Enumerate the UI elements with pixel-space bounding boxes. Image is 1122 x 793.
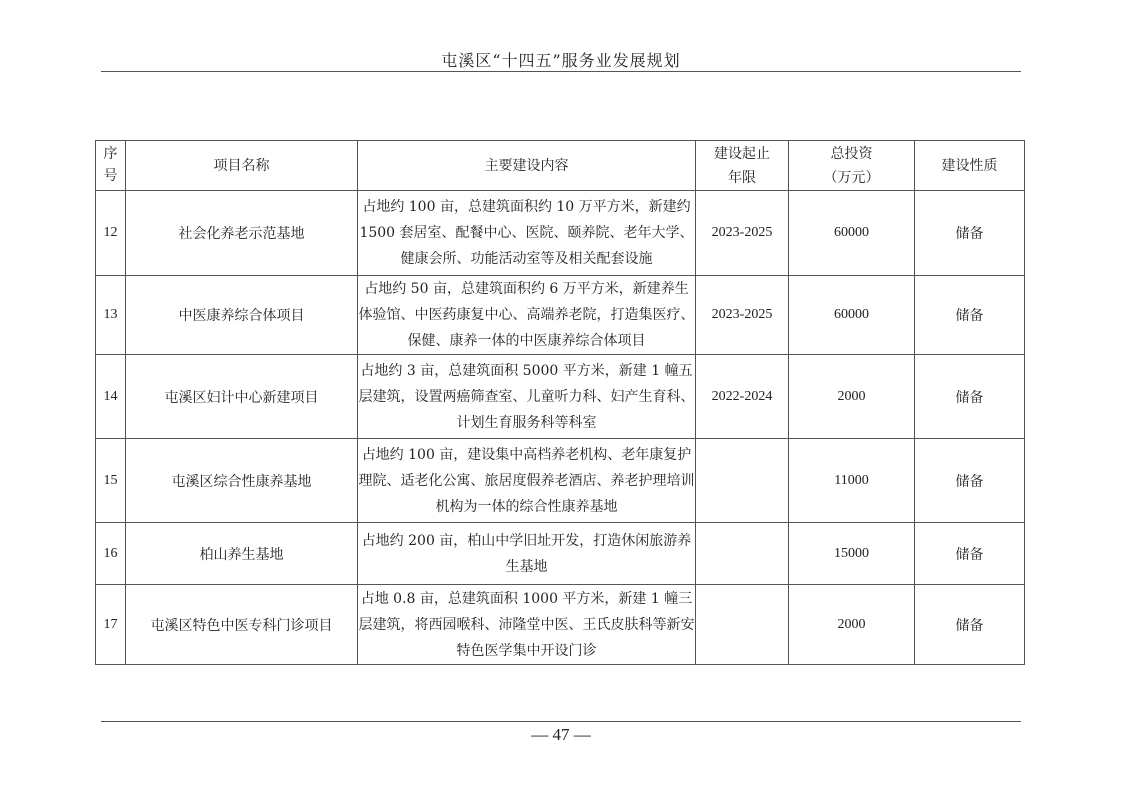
column-header-nature: 建设性质 [915,141,1025,191]
cell-period: 2023-2025 [696,191,789,276]
cell-nature: 储备 [915,191,1025,276]
cell-nature: 储备 [915,276,1025,355]
cell-content: 占地约 200 亩，柏山中学旧址开发，打造休闲旅游养生基地 [358,523,696,585]
cell-seq: 16 [96,523,126,585]
cell-content: 占地约 50 亩，总建筑面积约 6 万平方米，新建养生体验馆、中医药康复中心、高… [358,276,696,355]
cell-nature: 储备 [915,585,1025,665]
cell-period [696,439,789,523]
cell-nature: 储备 [915,523,1025,585]
column-header-name: 项目名称 [126,141,358,191]
table-row: 12 社会化养老示范基地 占地约 100 亩，总建筑面积约 10 万平方米，新建… [96,191,1025,276]
column-header-content: 主要建设内容 [358,141,696,191]
column-header-period-line1: 建设起止 [696,142,788,166]
cell-period [696,585,789,665]
table-row: 13 中医康养综合体项目 占地约 50 亩，总建筑面积约 6 万平方米，新建养生… [96,276,1025,355]
cell-content: 占地约 3 亩，总建筑面积 5000 平方米，新建 1 幢五层建筑，设置两癌筛查… [358,355,696,439]
cell-nature: 储备 [915,355,1025,439]
cell-investment: 60000 [789,191,915,276]
cell-period: 2023-2025 [696,276,789,355]
cell-period [696,523,789,585]
column-header-investment-line1: 总投资 [789,142,914,166]
cell-investment: 2000 [789,585,915,665]
cell-content: 占地约 100 亩，建设集中高档养老机构、老年康复护理院、适老化公寓、旅居度假养… [358,439,696,523]
cell-seq: 13 [96,276,126,355]
cell-name: 屯溪区特色中医专科门诊项目 [126,585,358,665]
document-header-title: 屯溪区“十四五”服务业发展规划 [0,48,1122,71]
page-number: — 47 — [0,725,1122,745]
column-header-investment: 总投资 （万元） [789,141,915,191]
column-header-period-line2: 年限 [696,166,788,190]
table-row: 16 柏山养生基地 占地约 200 亩，柏山中学旧址开发，打造休闲旅游养生基地 … [96,523,1025,585]
column-header-seq: 序号 [96,141,126,191]
cell-content: 占地约 100 亩，总建筑面积约 10 万平方米，新建约 1500 套居室、配餐… [358,191,696,276]
cell-seq: 17 [96,585,126,665]
table-row: 15 屯溪区综合性康养基地 占地约 100 亩，建设集中高档养老机构、老年康复护… [96,439,1025,523]
footer-rule [101,721,1021,722]
cell-content: 占地 0.8 亩，总建筑面积 1000 平方米，新建 1 幢三层建筑，将西园喉科… [358,585,696,665]
column-header-period: 建设起止 年限 [696,141,789,191]
cell-investment: 15000 [789,523,915,585]
cell-seq: 12 [96,191,126,276]
cell-name: 屯溪区综合性康养基地 [126,439,358,523]
cell-seq: 14 [96,355,126,439]
table-header-row: 序号 项目名称 主要建设内容 建设起止 年限 总投资 （万元） 建设性质 [96,141,1025,191]
cell-name: 屯溪区妇计中心新建项目 [126,355,358,439]
cell-nature: 储备 [915,439,1025,523]
table-row: 17 屯溪区特色中医专科门诊项目 占地 0.8 亩，总建筑面积 1000 平方米… [96,585,1025,665]
cell-name: 中医康养综合体项目 [126,276,358,355]
header-rule [101,71,1021,72]
table-row: 14 屯溪区妇计中心新建项目 占地约 3 亩，总建筑面积 5000 平方米，新建… [96,355,1025,439]
column-header-seq-label: 序号 [104,143,118,187]
cell-investment: 2000 [789,355,915,439]
cell-investment: 60000 [789,276,915,355]
cell-seq: 15 [96,439,126,523]
cell-name: 柏山养生基地 [126,523,358,585]
cell-investment: 11000 [789,439,915,523]
column-header-investment-line2: （万元） [789,166,914,190]
cell-name: 社会化养老示范基地 [126,191,358,276]
cell-period: 2022-2024 [696,355,789,439]
project-table: 序号 项目名称 主要建设内容 建设起止 年限 总投资 （万元） 建设性质 12 … [95,140,1025,665]
